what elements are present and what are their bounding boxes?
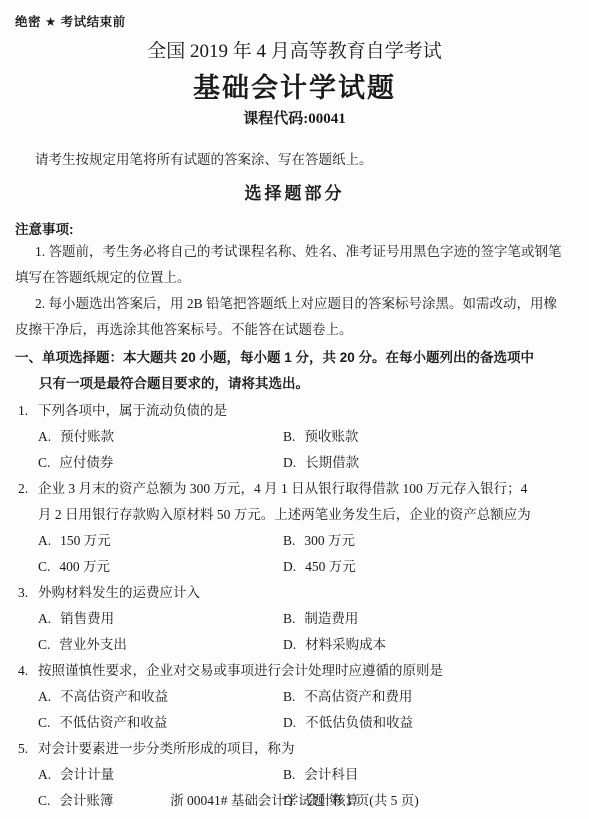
question-4-number: 4. <box>18 658 38 684</box>
question-2-options: A.150 万元 B.300 万元 C.400 万元 D.450 万元 <box>38 528 583 580</box>
question-3-stem: 外购材料发生的运费应计入 <box>38 585 200 600</box>
option-d-label: D. <box>283 455 296 470</box>
option-b-text: 预收账款 <box>304 429 358 444</box>
question-1-option-b: B.预收账款 <box>283 424 583 450</box>
question-3-option-a: A.销售费用 <box>38 606 283 632</box>
question-3-option-d: D.材料采购成本 <box>283 632 583 658</box>
question-1-options: A.预付账款 B.预收账款 C.应付债券 D.长期借款 <box>38 424 583 476</box>
question-2-option-a: A.150 万元 <box>38 528 283 554</box>
option-d-text: 材料采购成本 <box>305 637 386 652</box>
security-classification-label: 绝密 ★ 考试结束前 <box>15 12 126 30</box>
question-3-option-b: B.制造费用 <box>283 606 583 632</box>
option-a-label: A. <box>38 533 51 548</box>
option-c-label: C. <box>38 559 50 574</box>
option-a-text: 不高估资产和收益 <box>60 689 168 704</box>
notice-item-1-line-1: 1. 答题前，考生务必将自己的考试课程名称、姓名、准考证号用黑色字迹的签字笔或钢… <box>15 239 575 265</box>
option-c-text: 应付债券 <box>59 455 113 470</box>
exam-session-title: 全国 2019 年 4 月高等教育自学考试 <box>0 0 589 63</box>
option-b-text: 300 万元 <box>304 533 355 548</box>
question-2-number: 2. <box>18 476 38 502</box>
option-c-text: 不低估资产和收益 <box>59 715 167 730</box>
option-c-label: C. <box>38 455 50 470</box>
question-1: 1.下列各项中，属于流动负债的是 A.预付账款 B.预收账款 C.应付债券 D.… <box>18 398 583 476</box>
question-4-option-d: D.不低估负债和收益 <box>283 710 583 736</box>
question-4-option-c: C.不低估资产和收益 <box>38 710 283 736</box>
option-a-text: 销售费用 <box>60 611 114 626</box>
question-5-option-b: B.会计科目 <box>283 762 583 788</box>
question-1-option-a: A.预付账款 <box>38 424 283 450</box>
option-a-label: A. <box>38 611 51 626</box>
question-2-stem: 企业 3 月末的资产总额为 300 万元，4 月 1 日从银行取得借款 100 … <box>38 481 527 496</box>
answer-sheet-instruction: 请考生按规定用笔将所有试题的答案涂、写在答题纸上。 <box>15 148 575 168</box>
part-title: 选择题部分 <box>0 179 589 204</box>
option-a-label: A. <box>38 689 51 704</box>
notice-title: 注意事项: <box>15 218 589 238</box>
section-heading-line-1: 一、单项选择题：本大题共 20 小题，每小题 1 分，共 20 分。在每小题列出… <box>15 345 575 371</box>
option-b-text: 不高估资产和费用 <box>304 689 412 704</box>
section-heading: 一、单项选择题：本大题共 20 小题，每小题 1 分，共 20 分。在每小题列出… <box>15 345 575 397</box>
option-a-text: 150 万元 <box>60 533 111 548</box>
option-a-label: A. <box>38 429 51 444</box>
question-5-option-a: A.会计计量 <box>38 762 283 788</box>
section-heading-line-2: 只有一项是最符合题目要求的，请将其选出。 <box>15 371 575 397</box>
question-1-stem: 下列各项中，属于流动负债的是 <box>38 403 227 418</box>
question-4-option-a: A.不高估资产和收益 <box>38 684 283 710</box>
notice-item-2-line-2: 皮擦干净后，再选涂其他答案标号。不能答在试题卷上。 <box>15 317 575 343</box>
option-b-label: B. <box>283 533 295 548</box>
option-a-label: A. <box>38 767 51 782</box>
option-b-text: 会计科目 <box>304 767 358 782</box>
question-5-stem: 对会计要素进一步分类所形成的项目，称为 <box>38 741 295 756</box>
question-1-number: 1. <box>18 398 38 424</box>
option-b-label: B. <box>283 767 295 782</box>
option-a-text: 预付账款 <box>60 429 114 444</box>
question-2: 2.企业 3 月末的资产总额为 300 万元，4 月 1 日从银行取得借款 10… <box>18 476 583 580</box>
notice-item-1-line-2: 填写在答题纸规定的位置上。 <box>15 265 575 291</box>
option-b-text: 制造费用 <box>304 611 358 626</box>
option-d-label: D. <box>283 715 296 730</box>
question-3-option-c: C.营业外支出 <box>38 632 283 658</box>
question-3-options: A.销售费用 B.制造费用 C.营业外支出 D.材料采购成本 <box>38 606 583 658</box>
notice-list: 1. 答题前，考生务必将自己的考试课程名称、姓名、准考证号用黑色字迹的签字笔或钢… <box>15 239 575 343</box>
option-c-text: 营业外支出 <box>59 637 127 652</box>
question-2-option-d: D.450 万元 <box>283 554 583 580</box>
option-d-text: 不低估负债和收益 <box>305 715 413 730</box>
question-1-option-c: C.应付债券 <box>38 450 283 476</box>
exam-paper-page: 绝密 ★ 考试结束前 全国 2019 年 4 月高等教育自学考试 基础会计学试题… <box>0 0 589 819</box>
question-4: 4.按照谨慎性要求，企业对交易或事项进行会计处理时应遵循的原则是 A.不高估资产… <box>18 658 583 736</box>
option-c-text: 400 万元 <box>59 559 110 574</box>
question-5-number: 5. <box>18 736 38 762</box>
question-1-option-d: D.长期借款 <box>283 450 583 476</box>
question-3: 3.外购材料发生的运费应计入 A.销售费用 B.制造费用 C.营业外支出 D.材… <box>18 580 583 658</box>
option-b-label: B. <box>283 689 295 704</box>
option-c-label: C. <box>38 715 50 730</box>
option-c-label: C. <box>38 637 50 652</box>
question-2-option-b: B.300 万元 <box>283 528 583 554</box>
course-code: 课程代码:00041 <box>0 107 589 128</box>
notice-item-2-line-1: 2. 每小题选出答案后，用 2B 铅笔把答题纸上对应题目的答案标号涂黑。如需改动… <box>15 291 575 317</box>
option-d-label: D. <box>283 637 296 652</box>
option-b-label: B. <box>283 429 295 444</box>
option-d-text: 长期借款 <box>305 455 359 470</box>
question-list: 1.下列各项中，属于流动负债的是 A.预付账款 B.预收账款 C.应付债券 D.… <box>18 398 583 814</box>
page-footer: 浙 00041# 基础会计学试题 第 1 页(共 5 页) <box>0 789 589 809</box>
option-d-label: D. <box>283 559 296 574</box>
question-2-option-c: C.400 万元 <box>38 554 283 580</box>
question-2-stem-line-2: 月 2 日用银行存款购入原材料 50 万元。上述两笔业务发生后，企业的资产总额应… <box>18 502 583 528</box>
question-4-stem: 按照谨慎性要求，企业对交易或事项进行会计处理时应遵循的原则是 <box>38 663 443 678</box>
option-b-label: B. <box>283 611 295 626</box>
paper-title: 基础会计学试题 <box>0 66 589 105</box>
option-d-text: 450 万元 <box>305 559 356 574</box>
question-4-options: A.不高估资产和收益 B.不高估资产和费用 C.不低估资产和收益 D.不低估负债… <box>38 684 583 736</box>
question-3-number: 3. <box>18 580 38 606</box>
option-a-text: 会计计量 <box>60 767 114 782</box>
question-4-option-b: B.不高估资产和费用 <box>283 684 583 710</box>
